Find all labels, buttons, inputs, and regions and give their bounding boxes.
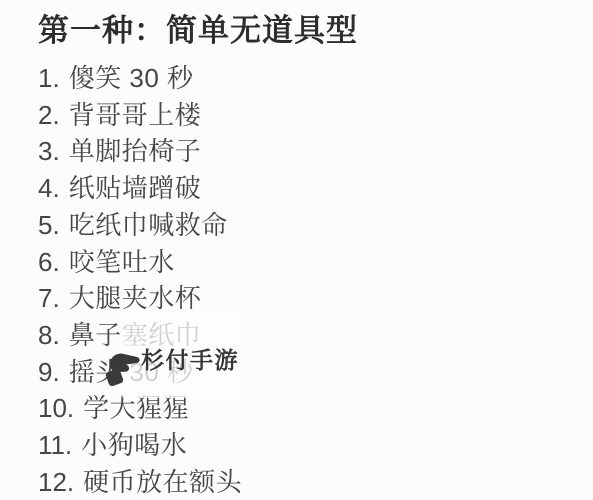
list-item: 10.学大猩猩 <box>38 390 573 427</box>
item-text: 吃纸巾喊救命 <box>69 210 228 240</box>
watermark-text: 杉付手游 <box>141 342 239 375</box>
punishment-list: 1.傻笑 30 秒 2.背哥哥上楼 3.单脚抬椅子 4.纸贴墙蹭破 5.吃纸巾喊… <box>38 60 573 500</box>
item-number: 9. <box>38 354 60 391</box>
item-text: 单脚抬椅子 <box>69 136 202 166</box>
item-number: 4. <box>38 170 60 207</box>
site-watermark: 杉付手游 <box>121 318 237 398</box>
article-page: 第一种：简单无道具型 1.傻笑 30 秒 2.背哥哥上楼 3.单脚抬椅子 4.纸… <box>0 0 593 500</box>
item-number: 10. <box>38 390 74 427</box>
list-item: 12.硬币放在额头 <box>38 464 573 500</box>
item-number: 12. <box>38 464 74 500</box>
list-item: 3.单脚抬椅子 <box>38 133 573 170</box>
list-item: 6.咬笔吐水 <box>38 244 573 281</box>
item-number: 8. <box>38 317 60 354</box>
item-text: 硬币放在额头 <box>83 467 242 497</box>
list-item: 5.吃纸巾喊救命 <box>38 207 573 244</box>
item-text: 大腿夹水杯 <box>69 283 202 313</box>
list-item: 11.小狗喝水 <box>38 427 573 464</box>
list-item: 4.纸贴墙蹭破 <box>38 170 573 207</box>
item-number: 2. <box>38 97 60 134</box>
item-number: 3. <box>38 133 60 170</box>
item-text: 背哥哥上楼 <box>69 100 202 130</box>
item-text: 咬笔吐水 <box>69 247 175 277</box>
item-number: 5. <box>38 207 60 244</box>
item-number: 7. <box>38 280 60 317</box>
item-number: 6. <box>38 244 60 281</box>
item-number: 1. <box>38 60 60 97</box>
list-item: 7.大腿夹水杯 <box>38 280 573 317</box>
item-text: 小狗喝水 <box>81 430 187 460</box>
item-text: 纸贴墙蹭破 <box>69 173 202 203</box>
hand-pointer-icon <box>103 344 143 390</box>
page-title: 第一种：简单无道具型 <box>38 10 573 51</box>
item-number: 11. <box>38 427 72 464</box>
list-item: 1.傻笑 30 秒 <box>38 60 573 97</box>
item-text: 傻笑 30 秒 <box>69 63 194 93</box>
list-item: 2.背哥哥上楼 <box>38 97 573 134</box>
